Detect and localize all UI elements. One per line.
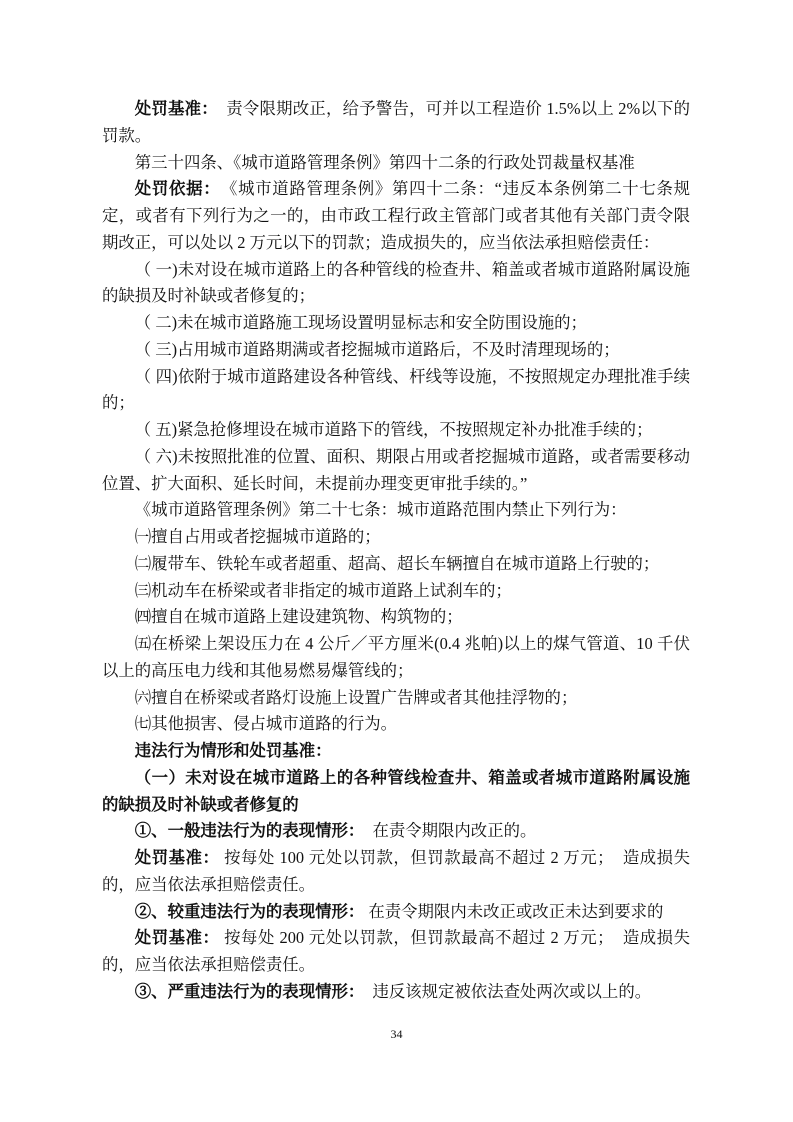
text-segment: （ 二)未在城市道路施工现场设置明显标志和安全防围设施的；	[135, 313, 587, 332]
text-segment: 在责令期限内改正的。	[356, 821, 536, 840]
text-segment: （ 六)未按照批准的位置、面积、期限占用或者挖掘城市道路，或者需要移动位置、扩大…	[102, 447, 690, 493]
text-segment-bold: ③、严重违法行为的表现情形：	[135, 982, 356, 1001]
text-segment: （ 四)依附于城市道路建设各种管线、杆线等设施，不按照规定办理批准手续的；	[102, 367, 690, 413]
text-segment-bold: 处罚依据：	[135, 179, 212, 198]
text-segment: 在责令期限内未改正或改正未达到要求的	[364, 902, 663, 921]
paragraph: （ 二)未在城市道路施工现场设置明显标志和安全防围设施的；	[102, 310, 690, 337]
paragraph: ㈠擅自占用或者挖掘城市道路的；	[102, 524, 690, 551]
text-segment: （ 五)紧急抢修埋设在城市道路下的管线，不按照规定补办批准手续的；	[135, 420, 653, 439]
text-segment: ㈢机动车在桥梁或者非指定的城市道路上试刹车的；	[135, 581, 512, 600]
paragraph: 第三十四条、《城市道路管理条例》第四十二条的行政处罚裁量权基准	[102, 150, 690, 177]
paragraph: ②、较重违法行为的表现情形： 在责令期限内未改正或改正未达到要求的	[102, 899, 690, 926]
paragraph: （ 六)未按照批准的位置、面积、期限占用或者挖掘城市道路，或者需要移动位置、扩大…	[102, 444, 690, 498]
text-segment-bold: 处罚基准：	[135, 928, 220, 947]
paragraph: ㈣擅自在城市道路上建设建筑物、构筑物的；	[102, 604, 690, 631]
text-segment: 《城市道路管理条例》第二十七条：城市道路范围内禁止下列行为：	[135, 500, 627, 519]
paragraph: 处罚基准： 按每处 200 元处以罚款，但罚款最高不超过 2 万元； 造成损失的…	[102, 925, 690, 979]
document-body: 处罚基准： 责令限期改正，给予警告，可并以工程造价 1.5%以上 2%以下的罚款…	[102, 96, 690, 1006]
paragraph: ③、严重违法行为的表现情形： 违反该规定被依法查处两次或以上的。	[102, 979, 690, 1006]
text-segment-bold: 违法行为情形和处罚基准：	[135, 741, 332, 760]
text-segment: （ 一)未对设在城市道路上的各种管线的检查井、箱盖或者城市道路附属设施的缺损及时…	[102, 260, 690, 306]
paragraph: ㈥擅自在桥梁或者路灯设施上设置广告牌或者其他挂浮物的；	[102, 685, 690, 712]
text-segment: ㈡履带车、铁轮车或者超重、超高、超长车辆擅自在城市道路上行驶的；	[135, 554, 660, 573]
text-segment-bold: 处罚基准：	[135, 848, 220, 867]
text-segment: ㈦其他损害、侵占城市道路的行为。	[135, 714, 397, 733]
paragraph: 处罚依据： 《城市道路管理条例》第四十二条：“违反本条例第二十七条规定，或者有下…	[102, 176, 690, 256]
text-segment: 违反该规定被依法查处两次或以上的。	[356, 982, 651, 1001]
paragraph: （ 四)依附于城市道路建设各种管线、杆线等设施，不按照规定办理批准手续的；	[102, 364, 690, 418]
text-segment-bold: ①、一般违法行为的表现情形：	[135, 821, 356, 840]
text-segment: ㈤在桥梁上架设压力在 4 公斤／平方厘米(0.4 兆帕)以上的煤气管道、10 千…	[102, 634, 690, 680]
paragraph: 违法行为情形和处罚基准：	[102, 738, 690, 765]
text-segment: ㈥擅自在桥梁或者路灯设施上设置广告牌或者其他挂浮物的；	[135, 688, 578, 707]
paragraph: （ 三)占用城市道路期满或者挖掘城市道路后，不及时清理现场的；	[102, 337, 690, 364]
text-segment-bold: ②、较重违法行为的表现情形：	[135, 902, 364, 921]
text-segment: ㈣擅自在城市道路上建设建筑物、构筑物的；	[135, 607, 463, 626]
paragraph: 《城市道路管理条例》第二十七条：城市道路范围内禁止下列行为：	[102, 497, 690, 524]
text-segment-bold: （一）未对设在城市道路上的各种管线检查井、箱盖或者城市道路附属设施的缺损及时补缺…	[102, 768, 690, 814]
paragraph: 处罚基准： 按每处 100 元处以罚款，但罚款最高不超过 2 万元； 造成损失的…	[102, 845, 690, 899]
paragraph: ㈦其他损害、侵占城市道路的行为。	[102, 711, 690, 738]
paragraph: 处罚基准： 责令限期改正，给予警告，可并以工程造价 1.5%以上 2%以下的罚款…	[102, 96, 690, 150]
paragraph: ㈢机动车在桥梁或者非指定的城市道路上试刹车的；	[102, 578, 690, 605]
text-segment: ㈠擅自占用或者挖掘城市道路的；	[135, 527, 381, 546]
document-page: 处罚基准： 责令限期改正，给予警告，可并以工程造价 1.5%以上 2%以下的罚款…	[0, 0, 793, 1122]
text-segment: 第三十四条、《城市道路管理条例》第四十二条的行政处罚裁量权基准	[135, 153, 635, 172]
paragraph: ㈤在桥梁上架设压力在 4 公斤／平方厘米(0.4 兆帕)以上的煤气管道、10 千…	[102, 631, 690, 685]
paragraph: ㈡履带车、铁轮车或者超重、超高、超长车辆擅自在城市道路上行驶的；	[102, 551, 690, 578]
paragraph: （ 五)紧急抢修埋设在城市道路下的管线，不按照规定补办批准手续的；	[102, 417, 690, 444]
paragraph: （一）未对设在城市道路上的各种管线检查井、箱盖或者城市道路附属设施的缺损及时补缺…	[102, 765, 690, 819]
paragraph: （ 一)未对设在城市道路上的各种管线的检查井、箱盖或者城市道路附属设施的缺损及时…	[102, 257, 690, 311]
page-number: 34	[0, 1026, 793, 1042]
paragraph: ①、一般违法行为的表现情形： 在责令期限内改正的。	[102, 818, 690, 845]
text-segment: （ 三)占用城市道路期满或者挖掘城市道路后，不及时清理现场的；	[135, 340, 620, 359]
text-segment-bold: 处罚基准：	[135, 99, 210, 118]
